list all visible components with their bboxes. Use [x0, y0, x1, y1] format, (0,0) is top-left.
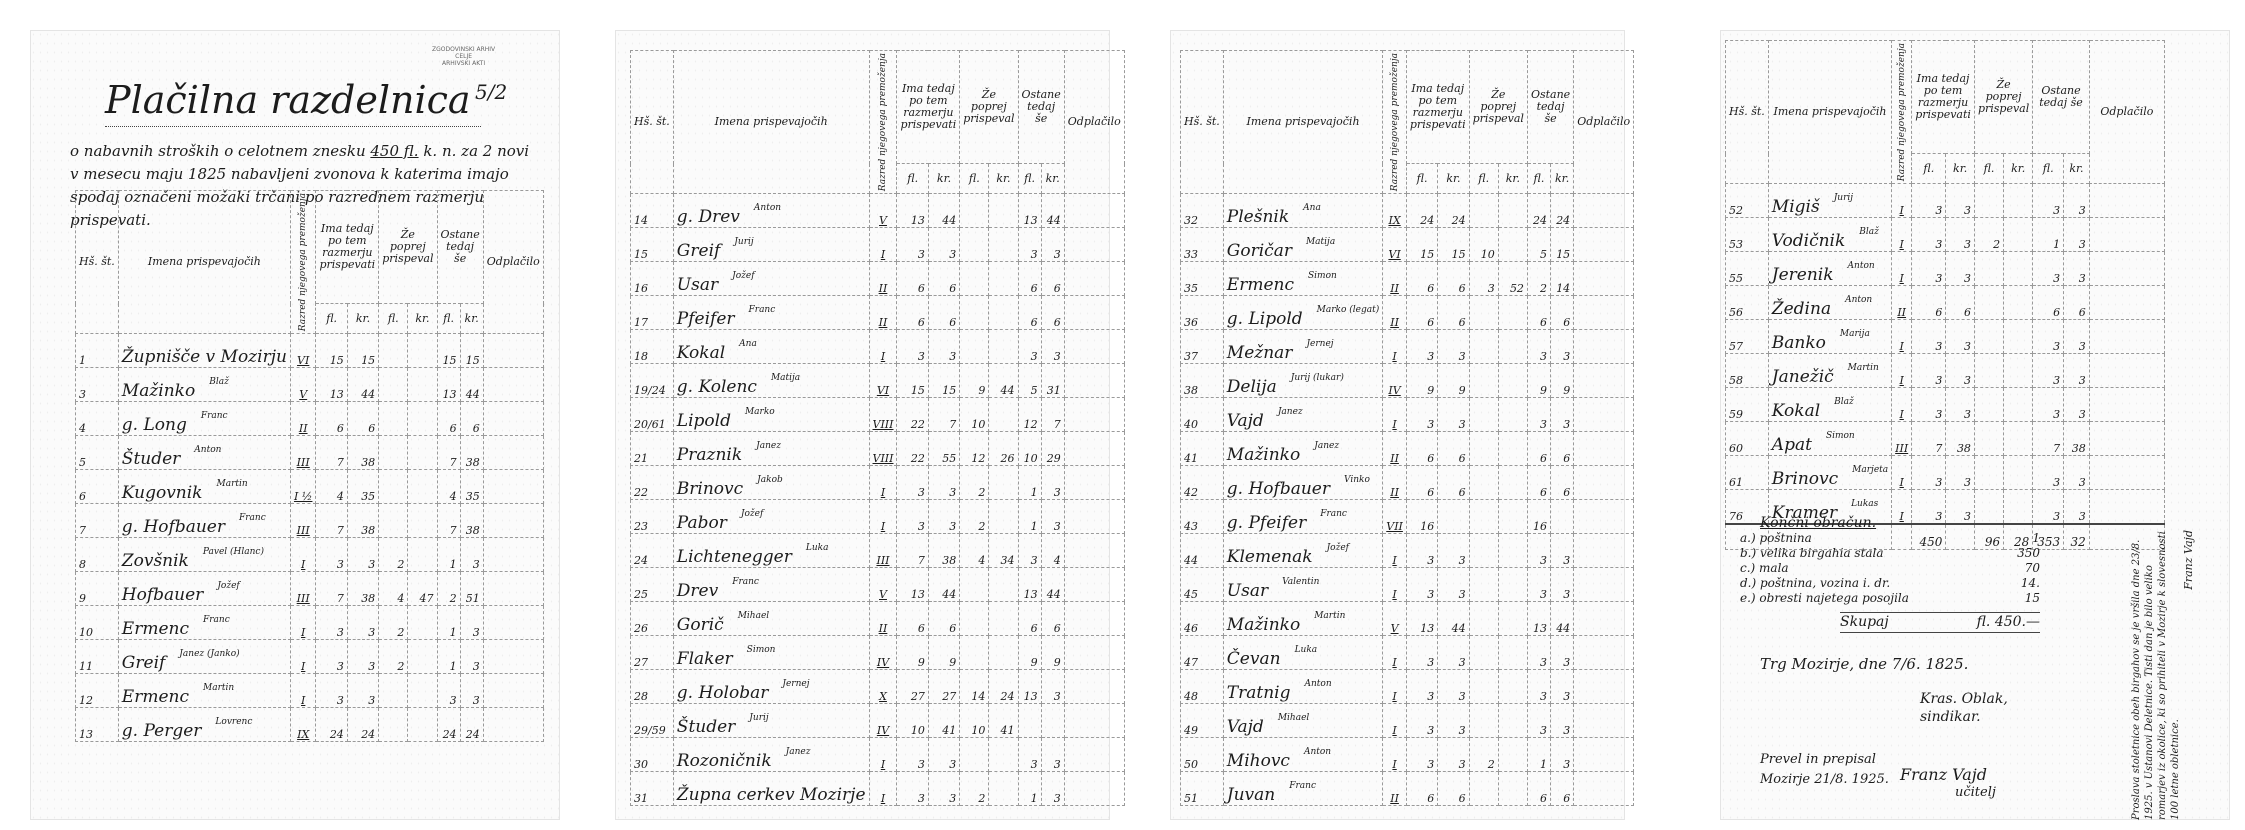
table-row: 45UsarValentinI3333: [1181, 568, 1634, 602]
remain-kr: 44: [1551, 602, 1574, 636]
repaid-cell: [1574, 194, 1634, 228]
house-number: 26: [631, 602, 674, 636]
owes-fl: 24: [316, 708, 347, 742]
table-row: 44KlemenakJožefI3333: [1181, 534, 1634, 568]
paid-kr: [989, 398, 1018, 432]
signer-block: Kras. Oblak, sindikar.: [1920, 690, 2008, 726]
col-name: Imena prispevajočih: [1768, 41, 1891, 184]
paid-kr: [989, 772, 1018, 806]
owes-fl: 3: [1912, 252, 1946, 286]
repaid-cell: [1064, 636, 1124, 670]
paid-kr: [408, 504, 437, 538]
owes-kr: 3: [1946, 252, 1975, 286]
remain-kr: 3: [1041, 500, 1064, 534]
repaid-cell: [1064, 262, 1124, 296]
paid-fl: 9: [960, 364, 989, 398]
table-row: 42g. HofbauerVinkoII6666: [1181, 466, 1634, 500]
remain-kr: 3: [2064, 354, 2090, 388]
remain-kr: 7: [1041, 398, 1064, 432]
remain-fl: 3: [1527, 330, 1550, 364]
remain-fl: 10: [1018, 432, 1041, 466]
translator-role: učitelj: [1955, 785, 1996, 800]
owes-fl: 3: [1406, 398, 1437, 432]
repaid-cell: [483, 640, 543, 674]
col-class: Razred njegovega premoženja: [869, 51, 897, 194]
table-row: 29/59ŠtuderJurijIV10411041: [631, 704, 1125, 738]
item-label: b.) velika birgahia stala: [1740, 546, 1884, 561]
owes-fl: 3: [1406, 704, 1437, 738]
contributor-first-name: Pavel (Hlanc): [203, 547, 264, 557]
table-row: 55JerenikAntonI3333: [1726, 252, 2165, 286]
house-number: 6: [76, 470, 119, 504]
contributor-name: ŽedinaAnton: [1768, 286, 1891, 320]
paid-fl: [960, 738, 989, 772]
col-remain: Ostane tedaj še: [1527, 51, 1573, 164]
table-row: 31Župna cerkev MozirjeI33213: [631, 772, 1125, 806]
final-account-item: a.) poštnina1: [1740, 531, 2040, 546]
owes-fl: 13: [1406, 602, 1437, 636]
contributors-table: Hš. št.Imena prispevajočihRazred njegove…: [1180, 50, 1634, 806]
paid-kr: [1498, 772, 1527, 806]
repaid-cell: [1064, 738, 1124, 772]
item-label: c.) mala: [1740, 561, 1789, 576]
item-label: e.) obresti najetega posojila: [1740, 591, 1909, 606]
contributor-first-name: Ana: [1303, 203, 1321, 213]
owes-kr: 3: [1946, 456, 1975, 490]
table-row: 11GreifJanez (Janko)I33213: [76, 640, 544, 674]
paid-kr: [1498, 636, 1527, 670]
translator-signature: Franz Vajd: [1900, 765, 1987, 784]
remain-fl: 3: [1527, 670, 1550, 704]
repaid-cell: [483, 470, 543, 504]
repaid-cell: [1064, 398, 1124, 432]
remain-kr: 38: [460, 436, 483, 470]
table-row: 20/61LipoldMarkoVIII22710127: [631, 398, 1125, 432]
remain-kr: 3: [1551, 330, 1574, 364]
remain-kr: 6: [1551, 432, 1574, 466]
wealth-class: IV: [869, 636, 897, 670]
remain-kr: 24: [1551, 194, 1574, 228]
repaid-cell: [483, 436, 543, 470]
contributor-name: g. KolencMatija: [673, 364, 869, 398]
col-fl: fl.: [1406, 164, 1437, 194]
owes-fl: 3: [1406, 670, 1437, 704]
repaid-cell: [1574, 262, 1634, 296]
owes-fl: 13: [897, 568, 928, 602]
paid-fl: [379, 470, 408, 504]
table-row: 30RozoničnikJanezI3333: [631, 738, 1125, 772]
wealth-class: III: [290, 504, 316, 538]
contributor-name: Župnišče v Mozirju: [118, 334, 290, 368]
table-row: 47ČevanLukaI3333: [1181, 636, 1634, 670]
col-kr: kr.: [1438, 164, 1469, 194]
owes-kr: 6: [1438, 466, 1469, 500]
remain-fl: 3: [1527, 704, 1550, 738]
owes-fl: 13: [897, 194, 928, 228]
col-kr: kr.: [2064, 154, 2090, 184]
paid-fl: [1469, 670, 1498, 704]
paid-kr: 24: [989, 670, 1018, 704]
col-kr: kr.: [347, 304, 378, 334]
house-number: 23: [631, 500, 674, 534]
remain-kr: 3: [460, 674, 483, 708]
final-account-item: d.) poštnina, vozina i. dr.14.: [1740, 576, 2040, 591]
owes-kr: 38: [347, 436, 378, 470]
col-name: Imena prispevajočih: [1223, 51, 1382, 194]
col-kr: kr.: [2004, 154, 2033, 184]
house-number: 55: [1726, 252, 1769, 286]
house-number: 13: [76, 708, 119, 742]
signer-name: Kras. Oblak,: [1920, 690, 2008, 708]
contributor-first-name: Janez: [1278, 407, 1303, 417]
house-number: 41: [1181, 432, 1224, 466]
repaid-cell: [1064, 704, 1124, 738]
contributor-name: UsarJožef: [673, 262, 869, 296]
remain-fl: 3: [1018, 534, 1041, 568]
col-fl: fl.: [1912, 154, 1946, 184]
remain-fl: 7: [437, 436, 460, 470]
owes-kr: 15: [1438, 228, 1469, 262]
remain-fl: 6: [1527, 466, 1550, 500]
paid-fl: [1469, 602, 1498, 636]
paid-kr: 47: [408, 572, 437, 606]
remain-fl: 13: [1018, 670, 1041, 704]
place-date: Trg Mozirje, dne 7/6. 1825.: [1760, 655, 1968, 673]
contributor-name: GreifJanez (Janko): [118, 640, 290, 674]
owes-fl: 3: [316, 538, 347, 572]
remain-kr: 6: [2064, 286, 2090, 320]
table-row: 13g. PergerLovrencIX24242424: [76, 708, 544, 742]
contributor-first-name: Martin: [203, 683, 234, 693]
house-number: 15: [631, 228, 674, 262]
repaid-cell: [2089, 354, 2164, 388]
contributor-first-name: Vinko: [1344, 475, 1370, 485]
repaid-cell: [1574, 466, 1634, 500]
owes-kr: 3: [347, 674, 378, 708]
table-row: 35ErmencSimonII66352214: [1181, 262, 1634, 296]
col-repaid: Odplačilo: [2089, 41, 2164, 184]
contributor-name: ČevanLuka: [1223, 636, 1382, 670]
owes-kr: 38: [1946, 422, 1975, 456]
house-number: 43: [1181, 500, 1224, 534]
wealth-class: I: [1892, 354, 1912, 388]
owes-fl: 3: [897, 772, 928, 806]
house-number: 28: [631, 670, 674, 704]
wealth-class: II: [290, 402, 316, 436]
contributor-first-name: Janez (Janko): [179, 649, 239, 659]
owes-fl: 3: [897, 738, 928, 772]
wealth-class: III: [869, 534, 897, 568]
table-row: 43g. PfeiferFrancVII1616: [1181, 500, 1634, 534]
contributor-first-name: Janez: [786, 747, 811, 757]
paid-kr: [989, 296, 1018, 330]
wealth-class: I: [1383, 534, 1407, 568]
remain-fl: 7: [2033, 422, 2064, 456]
table-row: 12ErmencMartinI3333: [76, 674, 544, 708]
paid-fl: [379, 334, 408, 368]
col-kr: kr.: [408, 304, 437, 334]
paid-fl: [379, 708, 408, 742]
final-account-items: a.) poštnina1b.) velika birgahia stala35…: [1740, 531, 2040, 606]
contributor-first-name: Blaž: [1859, 227, 1879, 237]
contributor-first-name: Luka: [806, 543, 829, 553]
wealth-class: VI: [1383, 228, 1407, 262]
paid-kr: [2004, 184, 2033, 218]
contributor-name: FlakerSimon: [673, 636, 869, 670]
paid-fl: [960, 296, 989, 330]
final-account-item: e.) obresti najetega posojila15: [1740, 591, 2040, 606]
owes-fl: 22: [897, 432, 928, 466]
wealth-class: III: [1892, 422, 1912, 456]
contributor-first-name: Mihael: [1278, 713, 1309, 723]
contributor-first-name: Jurij: [734, 237, 753, 247]
contributor-first-name: Simon: [1308, 271, 1337, 281]
paid-fl: [1469, 432, 1498, 466]
contributor-name: BankoMarija: [1768, 320, 1891, 354]
owes-kr: 3: [928, 772, 959, 806]
contributor-name: ErmencSimon: [1223, 262, 1382, 296]
owes-kr: 44: [1438, 602, 1469, 636]
contributor-first-name: Martin: [216, 479, 247, 489]
wealth-class: I: [290, 640, 316, 674]
paid-kr: [1498, 398, 1527, 432]
col-paid: Že poprej prispeval: [1974, 41, 2032, 154]
paid-kr: 44: [989, 364, 1018, 398]
repaid-cell: [483, 538, 543, 572]
owes-fl: 3: [1406, 330, 1437, 364]
paid-fl: 2: [1469, 738, 1498, 772]
repaid-cell: [1574, 772, 1634, 806]
paid-fl: [1469, 568, 1498, 602]
contributor-name: DrevFranc: [673, 568, 869, 602]
wealth-class: I: [869, 228, 897, 262]
document-page-3: Hš. št.Imena prispevajočihRazred njegove…: [1170, 30, 1625, 820]
contributor-name: g. LipoldMarko (legat): [1223, 296, 1382, 330]
owes-kr: 6: [1438, 772, 1469, 806]
signer-role: sindikar.: [1920, 708, 2008, 726]
house-number: 60: [1726, 422, 1769, 456]
house-number: 51: [1181, 772, 1224, 806]
house-number: 30: [631, 738, 674, 772]
remain-kr: 44: [1041, 194, 1064, 228]
wealth-class: I: [869, 738, 897, 772]
wealth-class: I: [869, 772, 897, 806]
col-fl: fl.: [897, 164, 928, 194]
contributor-first-name: Blaž: [1834, 397, 1854, 407]
paid-kr: [1498, 228, 1527, 262]
remain-fl: 3: [1018, 228, 1041, 262]
paid-fl: [960, 568, 989, 602]
col-owes: Ima tedaj po tem razmerju prispevati: [1912, 41, 1975, 154]
wealth-class: IV: [869, 704, 897, 738]
owes-kr: 55: [928, 432, 959, 466]
owes-fl: 3: [1406, 636, 1437, 670]
paid-kr: [989, 194, 1018, 228]
owes-fl: 3: [1912, 456, 1946, 490]
col-fl: fl.: [1018, 164, 1041, 194]
house-number: 19/24: [631, 364, 674, 398]
table-row: 33GoričarMatijaVI151510515: [1181, 228, 1634, 262]
owes-kr: 38: [347, 504, 378, 538]
remain-fl: 2: [1527, 262, 1550, 296]
house-number: 45: [1181, 568, 1224, 602]
table-row: 49VajdMihaelI3333: [1181, 704, 1634, 738]
paid-kr: [1498, 364, 1527, 398]
contributor-first-name: Jakob: [757, 475, 783, 485]
paid-kr: [408, 402, 437, 436]
table-row: 4g. LongFrancII6666: [76, 402, 544, 436]
paid-fl: [379, 436, 408, 470]
contributor-first-name: Jernej: [1306, 339, 1333, 349]
table-row: 61BrinovcMarjetaI3333: [1726, 456, 2165, 490]
paid-fl: [960, 262, 989, 296]
col-name: Imena prispevajočih: [118, 191, 290, 334]
contributor-name: GoričarMatija: [1223, 228, 1382, 262]
repaid-cell: [2089, 320, 2164, 354]
contributor-name: KlemenakJožef: [1223, 534, 1382, 568]
house-number: 58: [1726, 354, 1769, 388]
contributor-first-name: Franc: [1320, 509, 1347, 519]
archive-stamp: ZGODOVINSKI ARHIV CELJE ARHIVSKI AKTI: [432, 46, 495, 67]
table-row: 56ŽedinaAntonII6666: [1726, 286, 2165, 320]
col-fl: fl.: [2033, 154, 2064, 184]
paid-kr: [408, 368, 437, 402]
wealth-class: II: [869, 296, 897, 330]
owes-fl: 6: [897, 296, 928, 330]
house-number: 35: [1181, 262, 1224, 296]
repaid-cell: [1574, 738, 1634, 772]
wealth-class: I: [869, 500, 897, 534]
paid-kr: [1498, 432, 1527, 466]
owes-kr: 6: [1438, 262, 1469, 296]
col-fl: fl.: [379, 304, 408, 334]
contributors-table: Hš. št.Imena prispevajočihRazred njegove…: [630, 50, 1125, 806]
owes-kr: 15: [928, 364, 959, 398]
table-row: 59KokalBlažI3333: [1726, 388, 2165, 422]
remain-kr: 3: [2064, 456, 2090, 490]
contributor-name: JuvanFranc: [1223, 772, 1382, 806]
table-row: 46MažinkoMartinV13441344: [1181, 602, 1634, 636]
repaid-cell: [2089, 286, 2164, 320]
remain-kr: 3: [2064, 218, 2090, 252]
wealth-class: II: [869, 602, 897, 636]
owes-fl: 3: [1406, 568, 1437, 602]
wealth-class: V: [1383, 602, 1407, 636]
owes-kr: 3: [1946, 184, 1975, 218]
paid-fl: 10: [960, 398, 989, 432]
item-value: 350: [2000, 546, 2040, 561]
paid-fl: 4: [960, 534, 989, 568]
owes-kr: 38: [928, 534, 959, 568]
house-number: 49: [1181, 704, 1224, 738]
owes-kr: 6: [928, 602, 959, 636]
remain-kr: 44: [1041, 568, 1064, 602]
col-kr: kr.: [1946, 154, 1975, 184]
final-account: Končni obračun. a.) poštnina1b.) velika …: [1740, 515, 2040, 633]
remain-fl: [1018, 704, 1041, 738]
remain-kr: 24: [460, 708, 483, 742]
side-note-text: Proslava stoletnice obeh birgahov se je …: [2130, 530, 2182, 820]
owes-fl: 9: [897, 636, 928, 670]
paid-kr: [408, 640, 437, 674]
repaid-cell: [1064, 534, 1124, 568]
contributor-name: ZovšnikPavel (Hlanc): [118, 538, 290, 572]
remain-kr: 3: [2064, 320, 2090, 354]
remain-fl: 13: [1018, 568, 1041, 602]
contributor-first-name: Lukas: [1851, 499, 1878, 509]
col-owes: Ima tedaj po tem razmerju prispevati: [1406, 51, 1469, 164]
house-number: 47: [1181, 636, 1224, 670]
paid-fl: [1469, 704, 1498, 738]
contributor-name: BrinovcJakob: [673, 466, 869, 500]
remain-fl: 13: [1527, 602, 1550, 636]
remain-fl: 13: [437, 368, 460, 402]
contributor-first-name: Franc: [201, 411, 228, 421]
paid-fl: 2: [379, 640, 408, 674]
repaid-cell: [1064, 500, 1124, 534]
col-name: Imena prispevajočih: [673, 51, 869, 194]
col-remain: Ostane tedaj še: [1018, 51, 1064, 164]
house-number: 61: [1726, 456, 1769, 490]
remain-kr: 3: [1551, 568, 1574, 602]
house-number: 59: [1726, 388, 1769, 422]
paid-fl: [960, 602, 989, 636]
final-account-item: b.) velika birgahia stala350: [1740, 546, 2040, 561]
wealth-class: III: [290, 572, 316, 606]
remain-fl: 3: [1527, 568, 1550, 602]
table-row: 37MežnarJernejI3333: [1181, 330, 1634, 364]
remain-fl: 3: [2033, 388, 2064, 422]
document-page-2: Hš. št.Imena prispevajočihRazred njegove…: [615, 30, 1110, 820]
remain-fl: 1: [2033, 218, 2064, 252]
table-header: Hš. št.Imena prispevajočihRazred njegove…: [76, 191, 544, 334]
paid-kr: [989, 500, 1018, 534]
remain-fl: 3: [1527, 636, 1550, 670]
repaid-cell: [1064, 568, 1124, 602]
contributor-first-name: Janez: [1314, 441, 1339, 451]
side-note: Proslava stoletnice obeh birgahov se je …: [2130, 530, 2210, 820]
paid-fl: [960, 330, 989, 364]
paid-kr: [408, 470, 437, 504]
owes-fl: 15: [1406, 228, 1437, 262]
owes-fl: 3: [1912, 184, 1946, 218]
owes-fl: 4: [316, 470, 347, 504]
paid-kr: [408, 538, 437, 572]
item-value: 70: [2000, 561, 2040, 576]
item-value: 14.: [2000, 576, 2040, 591]
contributor-first-name: Jožef: [732, 271, 754, 281]
col-repaid: Odplačilo: [1574, 51, 1634, 194]
owes-kr: 3: [1438, 670, 1469, 704]
repaid-cell: [1574, 670, 1634, 704]
table-header: Hš. št.Imena prispevajočihRazred njegove…: [1726, 41, 2165, 184]
remain-kr: 3: [460, 640, 483, 674]
paid-fl: 2: [960, 500, 989, 534]
remain-fl: 6: [1527, 432, 1550, 466]
col-class: Razred njegovega premoženja: [1383, 51, 1407, 194]
paid-kr: [989, 602, 1018, 636]
wealth-class: II: [1383, 432, 1407, 466]
wealth-class: I: [1892, 456, 1912, 490]
remain-kr: 3: [1041, 670, 1064, 704]
remain-fl: 6: [1018, 296, 1041, 330]
contributors-table: Hš. št.Imena prispevajočihRazred njegove…: [75, 190, 544, 742]
house-number: 8: [76, 538, 119, 572]
paid-fl: [1469, 500, 1498, 534]
table-row: 23PaborJožefI33213: [631, 500, 1125, 534]
owes-fl: 7: [316, 504, 347, 538]
repaid-cell: [483, 334, 543, 368]
